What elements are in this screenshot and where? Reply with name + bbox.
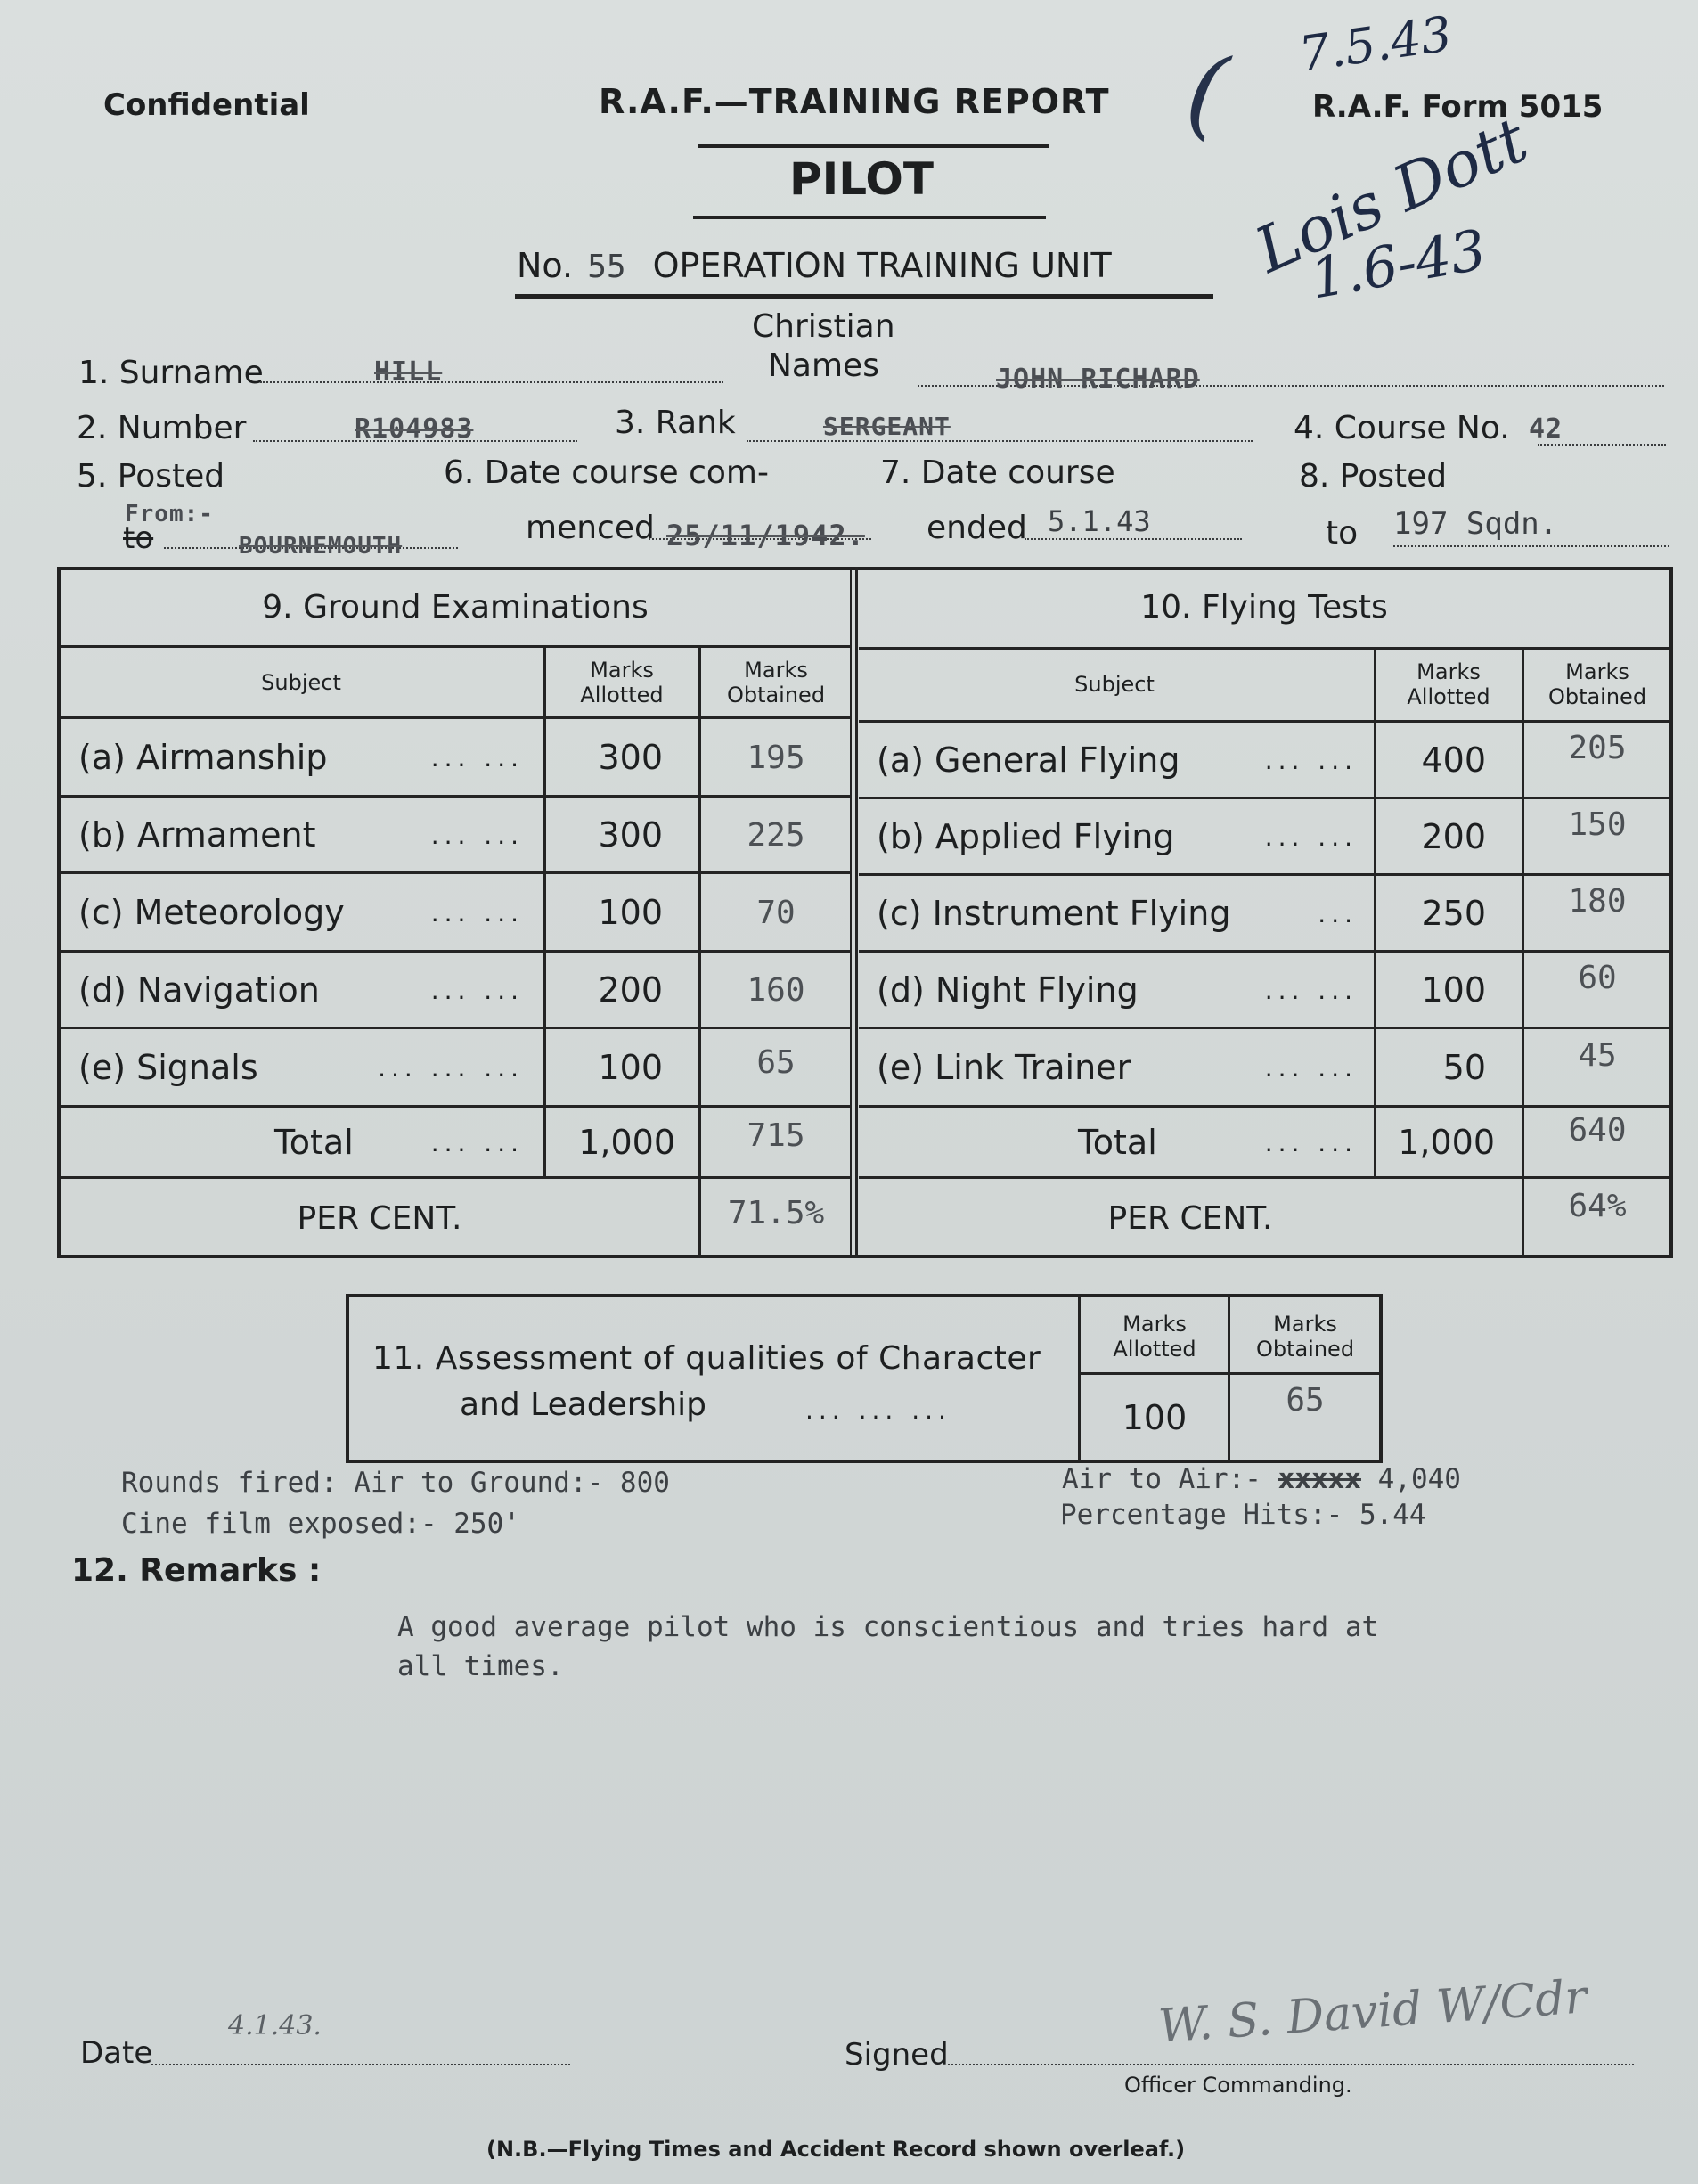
commenced-label-2: menced — [526, 510, 655, 546]
posted-to-field[interactable] — [1393, 545, 1669, 547]
rule — [61, 716, 850, 719]
obtained-value[interactable]: 60 — [1525, 941, 1669, 1014]
rule — [543, 647, 546, 1178]
flying-col-obtained: Marks Obtained — [1525, 650, 1669, 718]
table-row: (e) Signals ... ... ... — [78, 1030, 524, 1105]
obtained-value[interactable]: 160 — [702, 953, 850, 1027]
flying-tests-title: 10. Flying Tests — [859, 570, 1669, 643]
rule — [859, 647, 1669, 650]
table-row: (d) Night Flying ... ... — [877, 953, 1358, 1027]
subject-label: (a) Airmanship — [78, 738, 327, 777]
rank-label: 3. Rank — [615, 405, 736, 441]
flying-col-subject: Subject — [859, 650, 1370, 718]
signature-field[interactable] — [948, 2064, 1634, 2065]
obtained-value[interactable]: 65 — [702, 1025, 850, 1100]
surname-field[interactable] — [260, 381, 723, 383]
annotation-date-top: 7.5.43 — [1295, 5, 1455, 82]
leader-dots: ... ... — [431, 1128, 524, 1157]
bracket-mark: ( — [1180, 34, 1233, 152]
cine-film-exposed: Cine film exposed:- 250' — [121, 1508, 520, 1540]
ended-value: 5.1.43 — [1048, 504, 1151, 538]
leader-dots: ... ... — [1265, 976, 1358, 1005]
allotted-value: 50 — [1377, 1030, 1520, 1105]
assessment-label-1: 11. Assessment of qualities of Character — [372, 1340, 1041, 1377]
overleaf-note: (N.B.—Flying Times and Accident Record s… — [486, 2137, 1185, 2162]
form-number: R.A.F. Form 5015 — [1312, 89, 1603, 125]
table-row: (b) Applied Flying ... ... — [877, 800, 1358, 873]
subject-label: (e) Link Trainer — [877, 1048, 1131, 1087]
allotted-value: 300 — [547, 720, 697, 795]
air-to-air: Air to Air:- xxxxx 4,040 — [1062, 1463, 1461, 1495]
rule — [1078, 1296, 1081, 1461]
number-label: 2. Number — [77, 410, 246, 446]
leader-dots: ... ... — [1265, 822, 1358, 852]
posted-to-label-2: to — [1326, 515, 1358, 552]
flying-percent-value[interactable]: 64% — [1525, 1167, 1669, 1244]
surname-value: HILL — [374, 356, 442, 388]
air-to-air-label: Air to Air:- — [1062, 1463, 1261, 1495]
air-to-air-struck: xxxxx — [1278, 1463, 1361, 1495]
flying-total-obtained[interactable]: 640 — [1525, 1096, 1669, 1164]
subject-label: (b) Armament — [78, 815, 315, 855]
course-no-label: 4. Course No. — [1294, 410, 1510, 446]
allotted-value: 100 — [547, 1030, 697, 1105]
obtained-value[interactable]: 195 — [702, 720, 850, 795]
table-divider-2 — [855, 567, 858, 1258]
training-report-page: Confidential R.A.F.—TRAINING REPORT R.A.… — [0, 0, 1698, 2184]
commenced-value: 25/11/1942. — [666, 519, 865, 552]
rule — [61, 645, 850, 648]
leader-dots: ... — [1318, 899, 1358, 928]
subject-label: (d) Night Flying — [877, 970, 1139, 1010]
flying-total-allotted: 1,000 — [1377, 1108, 1520, 1176]
signed-label: Signed — [845, 2037, 949, 2073]
table-row: (c) Meteorology ... ... — [78, 875, 524, 950]
surname-label: 1. Surname — [78, 355, 264, 391]
title-rule-top — [698, 144, 1049, 148]
date-field[interactable] — [151, 2064, 570, 2065]
ground-total-allotted: 1,000 — [547, 1108, 697, 1176]
obtained-value[interactable]: 70 — [702, 875, 850, 950]
rule — [1374, 649, 1376, 1178]
rule — [61, 950, 850, 953]
remarks-line-2[interactable]: all times. — [397, 1650, 564, 1682]
table-row: (b) Armament ... ... — [78, 798, 524, 871]
rounds-air-to-ground: Rounds fired: Air to Ground:- 800 — [121, 1467, 670, 1499]
ground-total-row: Total ... ... — [274, 1108, 524, 1176]
allotted-value: 100 — [547, 875, 697, 950]
assessment-col-obtained: Marks Obtained — [1231, 1303, 1379, 1370]
remarks-line-1[interactable]: A good average pilot who is conscientiou… — [397, 1611, 1378, 1643]
ground-col-allotted: Marks Allotted — [547, 649, 697, 716]
title-rule-bottom — [693, 216, 1046, 219]
leader-dots: ... ... ... — [805, 1395, 951, 1425]
allotted-value: 300 — [547, 798, 697, 871]
unit-prefix: No. — [517, 246, 573, 285]
unit-line: No. 55 OPERATION TRAINING UNIT — [517, 246, 1112, 285]
allotted-value: 200 — [547, 953, 697, 1027]
subject-label: (d) Navigation — [78, 970, 320, 1010]
leader-dots: ... ... — [431, 821, 524, 850]
ground-percent-label: PER CENT. — [61, 1180, 698, 1256]
christian-names-label-1: Christian — [752, 308, 895, 345]
assessment-allotted: 100 — [1082, 1378, 1228, 1458]
date-value: 4.1.43. — [228, 2010, 322, 2041]
obtained-value[interactable]: 180 — [1525, 864, 1669, 937]
air-to-air-value: 4,040 — [1378, 1463, 1461, 1495]
signature: W. S. David W/Cdr — [1156, 1970, 1588, 2053]
unit-rule — [515, 294, 1213, 299]
leader-dots: ... ... — [1265, 1053, 1358, 1083]
obtained-value[interactable]: 225 — [702, 798, 850, 871]
assessment-obtained[interactable]: 65 — [1231, 1362, 1379, 1438]
commenced-label-1: 6. Date course com- — [444, 454, 769, 491]
unit-name: OPERATION TRAINING UNIT — [653, 246, 1112, 285]
assessment-col-allotted: Marks Allotted — [1082, 1303, 1228, 1370]
rule — [1522, 649, 1524, 1258]
christian-names-value: JOHN RICHARD — [996, 364, 1200, 395]
ground-exams-title: 9. Ground Examinations — [61, 570, 850, 643]
ground-percent-value[interactable]: 71.5% — [702, 1174, 850, 1251]
allotted-value: 400 — [1377, 724, 1520, 797]
leader-dots: ... ... — [431, 898, 524, 928]
ground-total-obtained[interactable]: 715 — [702, 1101, 850, 1169]
report-title: R.A.F.—TRAINING REPORT — [599, 82, 1110, 121]
leader-dots: ... ... — [431, 976, 524, 1005]
posted-from-label: 5. Posted — [77, 458, 224, 495]
ended-label-1: 7. Date course — [880, 454, 1115, 491]
table-row: (c) Instrument Flying ... — [877, 877, 1358, 950]
rank-value: SERGEANT — [823, 412, 951, 441]
obtained-value[interactable]: 205 — [1525, 711, 1669, 784]
ended-field[interactable] — [1025, 538, 1242, 540]
number-value: R104983 — [355, 413, 473, 445]
allotted-value: 200 — [1377, 800, 1520, 873]
rule — [61, 871, 850, 874]
posted-to-value: 197 Sqdn. — [1393, 506, 1557, 542]
obtained-value[interactable]: 45 — [1525, 1018, 1669, 1092]
allotted-value: 250 — [1377, 877, 1520, 950]
posted-to-label-1: 8. Posted — [1299, 458, 1447, 495]
remarks-label: 12. Remarks : — [71, 1552, 321, 1589]
subject-label: (e) Signals — [78, 1048, 258, 1087]
flying-col-allotted: Marks Allotted — [1377, 650, 1520, 718]
rule — [61, 795, 850, 798]
allotted-value: 100 — [1377, 953, 1520, 1027]
posted-from-to: to — [123, 520, 153, 556]
flying-percent-label: PER CENT. — [859, 1180, 1522, 1256]
obtained-value[interactable]: 150 — [1525, 788, 1669, 861]
flying-total-row: Total ... ... — [1078, 1108, 1358, 1176]
table-row: (e) Link Trainer ... ... — [877, 1030, 1358, 1105]
table-row: (a) Airmanship ... ... — [78, 720, 524, 795]
subject-label: (b) Applied Flying — [877, 817, 1174, 856]
leader-dots: ... ... — [1265, 746, 1358, 775]
course-no-value: 42 — [1529, 413, 1563, 445]
table-row: (d) Navigation ... ... — [78, 953, 524, 1027]
pilot-subtitle: PILOT — [789, 153, 934, 205]
officer-commanding-label: Officer Commanding. — [1124, 2073, 1352, 2098]
leader-dots: ... ... — [431, 743, 524, 773]
percentage-hits: Percentage Hits:- 5.44 — [1060, 1499, 1426, 1531]
ended-label-2: ended — [927, 510, 1027, 546]
total-label: Total — [1078, 1123, 1157, 1162]
confidential-label: Confidential — [103, 87, 310, 123]
subject-label: (c) Instrument Flying — [877, 894, 1230, 933]
subject-label: (a) General Flying — [877, 740, 1180, 780]
ground-col-subject: Subject — [61, 649, 542, 716]
total-label: Total — [274, 1123, 354, 1162]
christian-names-label-2: Names — [768, 348, 879, 384]
assessment-label-2: and Leadership — [460, 1386, 706, 1423]
leader-dots: ... ... — [1265, 1128, 1358, 1157]
unit-number: 55 — [587, 249, 625, 285]
ground-col-obtained: Marks Obtained — [702, 649, 850, 716]
posted-from-value: BOURNEMOUTH — [239, 533, 402, 560]
date-label: Date — [80, 2035, 152, 2071]
rule — [1228, 1296, 1230, 1461]
rule — [698, 647, 701, 1258]
leader-dots: ... ... ... — [378, 1053, 524, 1083]
subject-label: (c) Meteorology — [78, 893, 345, 932]
table-row: (a) General Flying ... ... — [877, 724, 1358, 797]
